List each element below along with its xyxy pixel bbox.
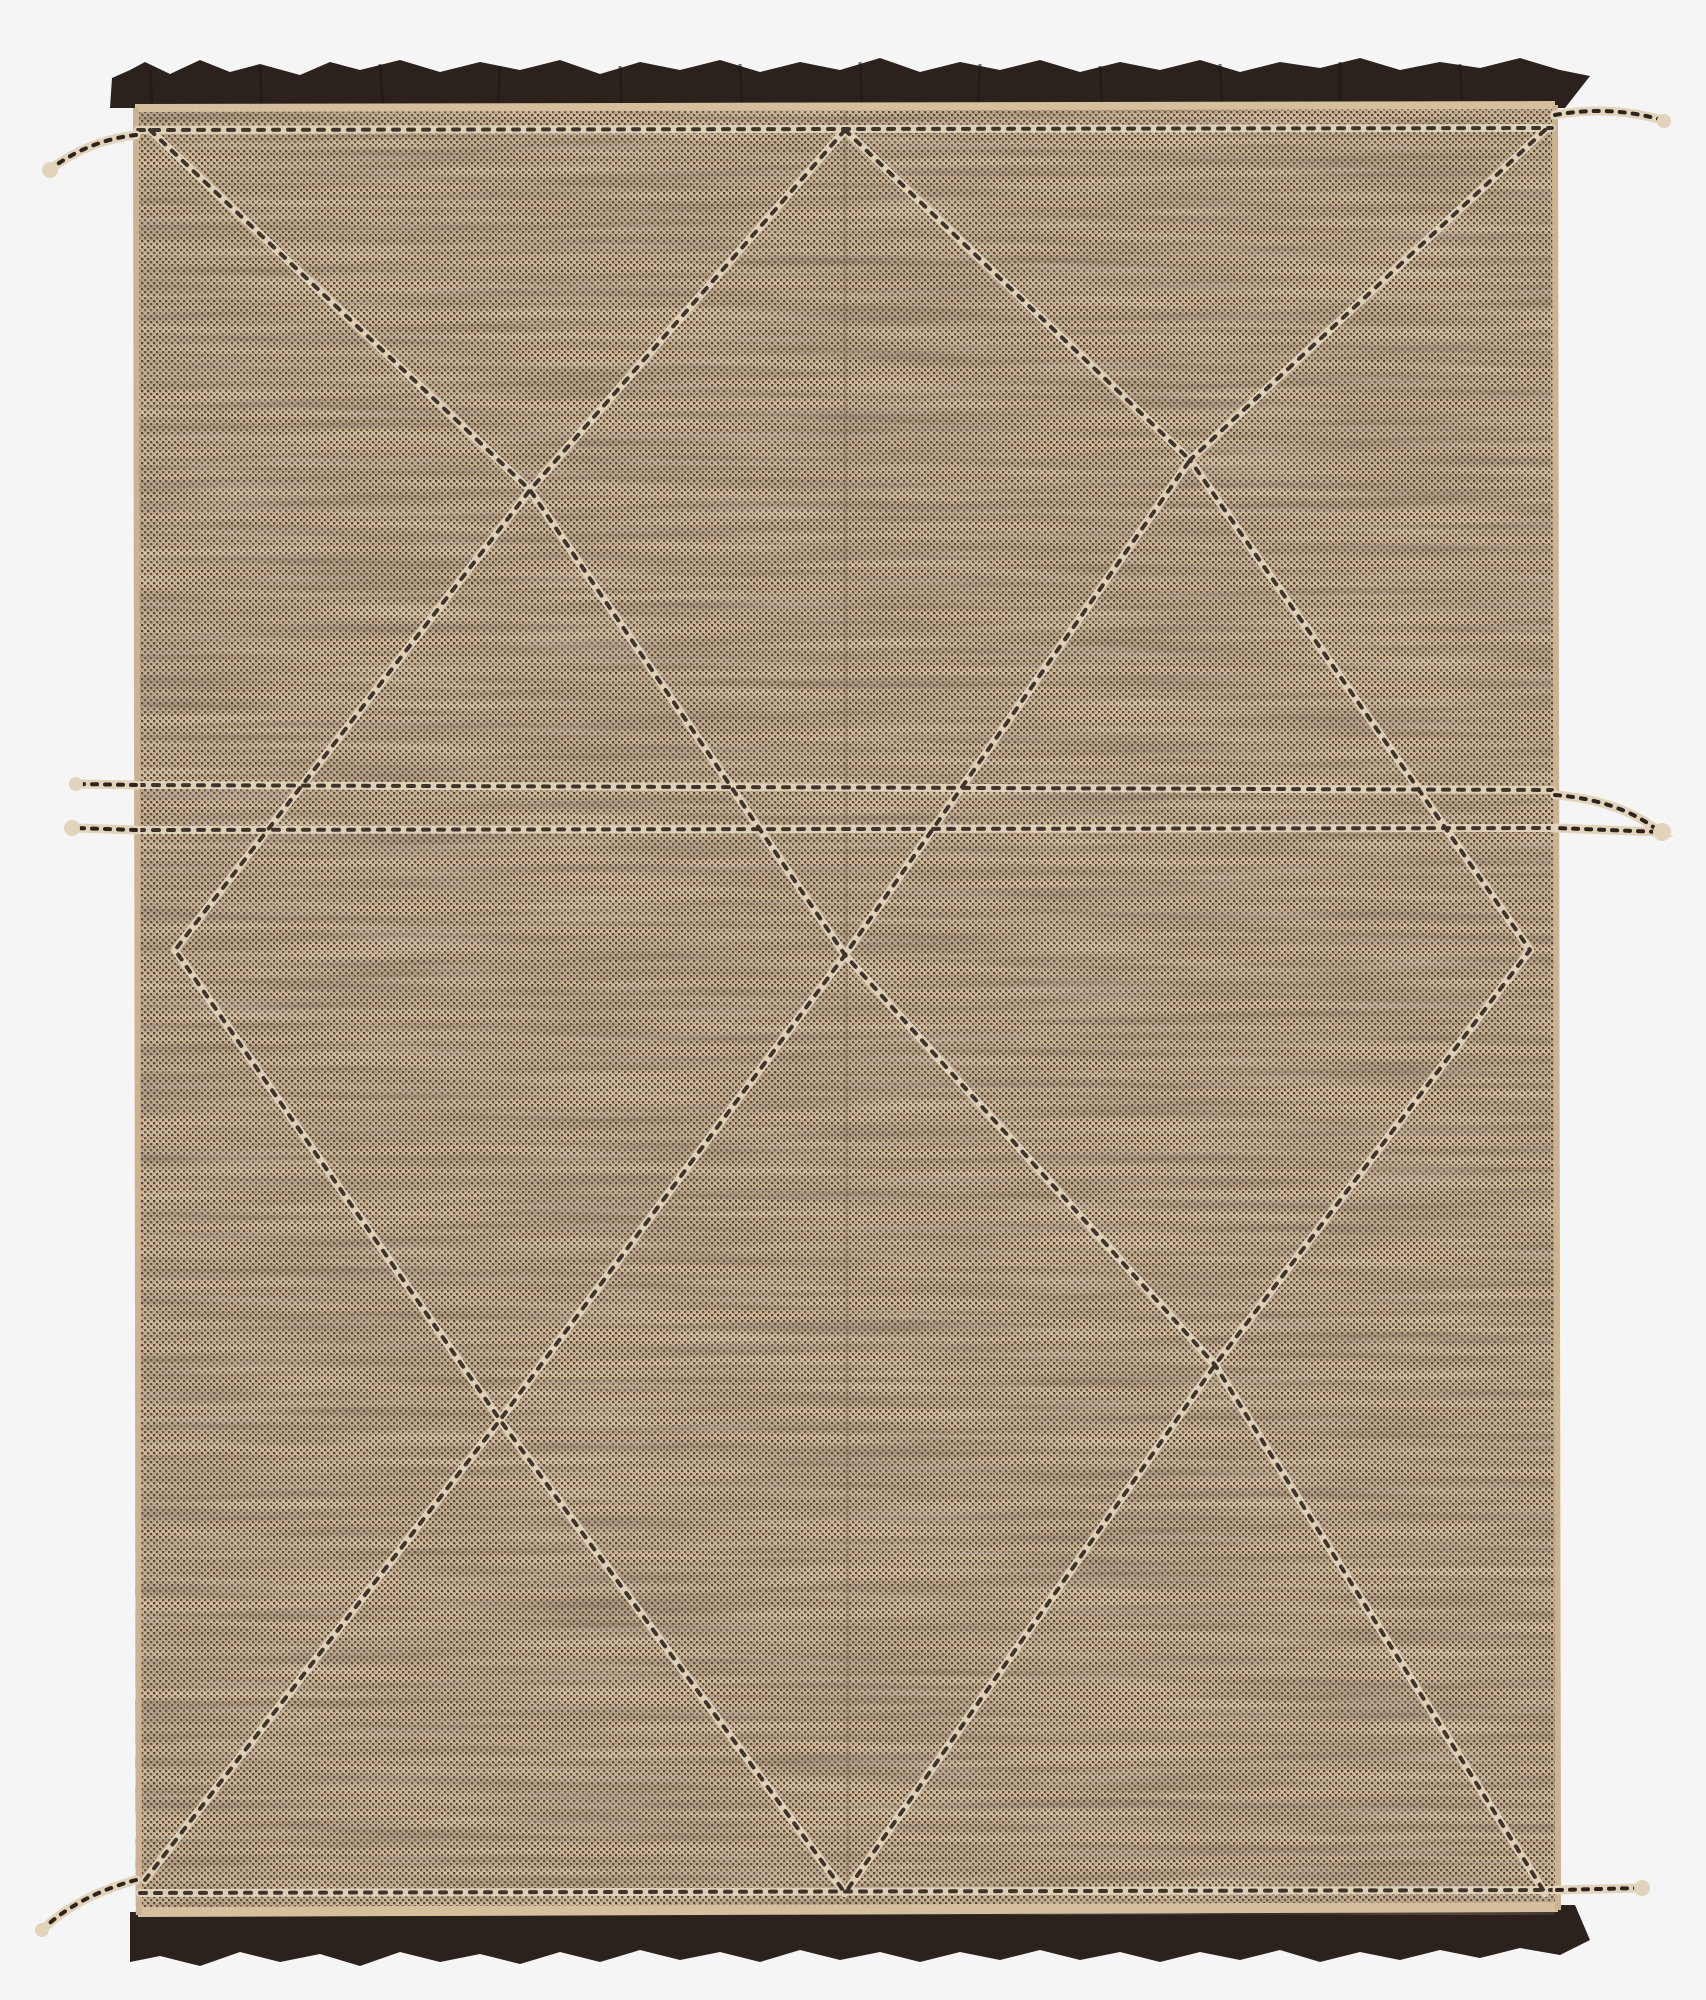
tassel-tip <box>64 820 80 836</box>
tassel-bottom-left <box>44 1880 136 1928</box>
tassel-tip <box>1634 1880 1650 1896</box>
tassel-mid-right-loop <box>1555 795 1660 832</box>
tassel-top-left <box>52 135 136 168</box>
tassel-tip <box>42 162 58 178</box>
top-fringe <box>110 58 1590 108</box>
tassel-tip <box>69 777 83 791</box>
tassel-tip <box>1653 823 1671 841</box>
rug-body <box>135 105 1558 1915</box>
tassel-tip <box>1657 114 1671 128</box>
rug-photo <box>0 0 1706 2000</box>
tassel-tip <box>35 1923 49 1937</box>
